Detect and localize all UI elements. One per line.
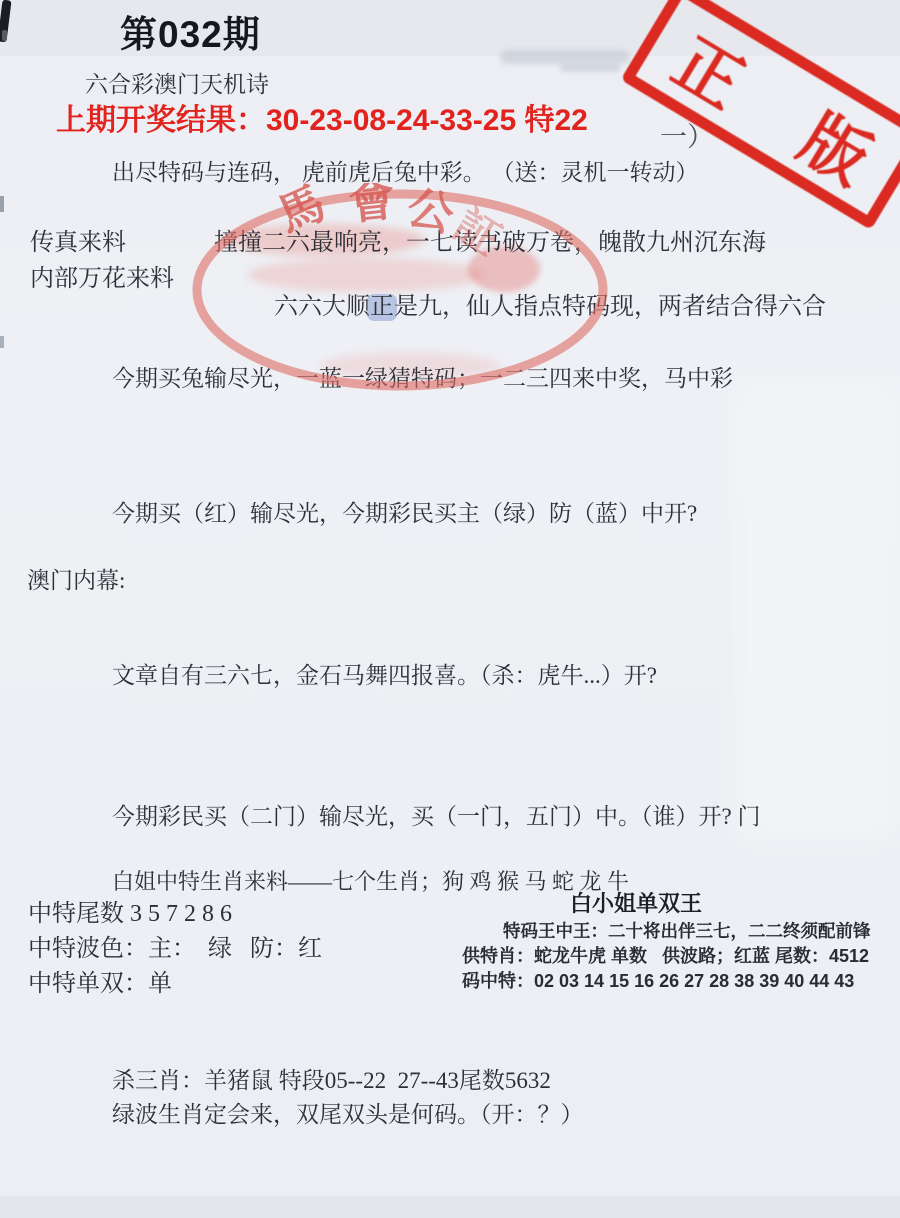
scan-band-bottom bbox=[0, 1196, 900, 1218]
header-poem: 出尽特码与连码， 虎前虎后兔中彩。 （送：灵机一转动） bbox=[112, 160, 699, 186]
right-panel-king-line: 特码王中王：二十将出伴三七，二二终须配前锋 bbox=[503, 921, 871, 941]
macau-insider-label: 澳门内幕: bbox=[27, 568, 125, 594]
edge-smudge-1 bbox=[0, 0, 12, 42]
last-draw-result: 上期开奖结果：30-23-08-24-33-25 特22 bbox=[56, 104, 588, 139]
baijie-zodiac-tip-line: 白姐中特生肖来料——七个生肖；狗 鸡 猴 马 蛇 龙 牛 bbox=[112, 869, 629, 894]
lottery-tip-sheet: 馬 會 公 証 第032期 六合彩澳门天机诗 上期开奖结果：30-23-08-2… bbox=[0, 0, 900, 1218]
green-wave-line: 绿波生肖定会来，双尾双头是何码。（开：？） bbox=[112, 1102, 584, 1128]
special-odd-even: 中特单双：单 bbox=[28, 971, 172, 999]
fax-source-text: 撞撞二六最响亮，一七读书破万卷，魄散九州沉东海 bbox=[214, 230, 766, 258]
article-tip-line: 文章自有三六七，金石马舞四报喜。（杀：虎牛...）开? bbox=[112, 663, 657, 689]
special-wave-color: 中特波色：主： 绿 防：红 bbox=[28, 936, 322, 964]
door-tip-line: 今期彩民买（二门）输尽光，买（一门，五门）中。（谁）开? 门 bbox=[112, 804, 760, 830]
internal-text-post: 是九，仙人指点特码现，两者结合得六合 bbox=[394, 294, 826, 320]
series-title: 六合彩澳门天机诗 bbox=[85, 72, 269, 98]
internal-source-text: 六六大顺正是九，仙人指点特码现，两者结合得六合 bbox=[250, 266, 826, 349]
internal-text-pre: 六六大顺 bbox=[274, 294, 370, 320]
faint-mark-1 bbox=[500, 50, 630, 64]
issue-title: 第032期 bbox=[120, 14, 261, 57]
stamp-char-ban: 版 bbox=[786, 86, 892, 201]
internal-text-highlighted: 正 bbox=[367, 294, 397, 322]
right-panel-zodiac-line: 供特肖：蛇龙牛虎 单数 供波路；红蓝 尾数：4512 bbox=[462, 946, 869, 967]
edge-smudge-4 bbox=[0, 336, 4, 348]
scan-light-column bbox=[735, 380, 900, 840]
faint-mark-2 bbox=[560, 64, 620, 72]
edge-smudge-2 bbox=[2, 30, 7, 41]
color-tip-line: 今期买（红）输尽光，今期彩民买主（绿）防（蓝）中开? bbox=[112, 501, 697, 527]
fax-source-label: 传真来料 bbox=[30, 230, 126, 258]
stamp-char-zheng: 正 bbox=[659, 10, 765, 125]
right-panel-numbers-line: 码中特：02 03 14 15 16 26 27 28 38 39 40 44 … bbox=[462, 971, 854, 992]
club-seal-char-2: 會 bbox=[346, 183, 397, 229]
edge-smudge-3 bbox=[0, 196, 4, 212]
authentic-version-stamp: 正 版 bbox=[620, 0, 900, 230]
kill-three-zodiac-line: 杀三肖：羊猪鼠 特段05--22 27--43尾数5632 bbox=[112, 1068, 551, 1094]
right-panel-title: 白小姐单双王 bbox=[570, 891, 702, 916]
zodiac-tip-line: 今期买兔输尽光，一蓝一绿猜特码；一二三四来中奖，马中彩 bbox=[112, 366, 733, 392]
internal-source-label: 内部万花来料 bbox=[30, 266, 174, 294]
special-tail-numbers: 中特尾数 3 5 7 2 8 6 bbox=[28, 901, 232, 929]
